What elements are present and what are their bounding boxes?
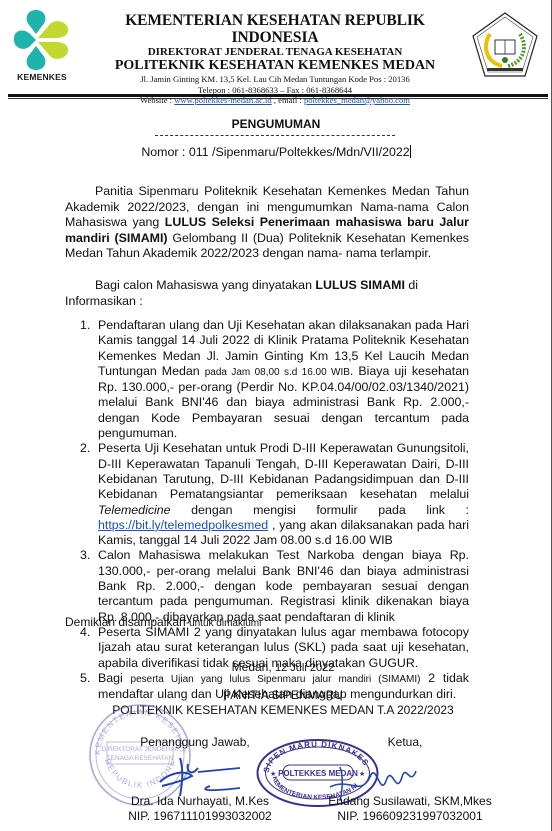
header-rule-thick <box>8 94 548 97</box>
item-text-small: pada Jam 08,00 s.d 16.00 WIB <box>205 367 350 378</box>
list-number: 2. <box>80 441 90 456</box>
address: Jl. Jamin Ginting KM. 13,5 Kel. Lau Cih … <box>80 74 470 85</box>
item-text: dengan mengisi formulir pada link : <box>171 503 469 517</box>
ministry-name: KEMENTERIAN KESEHATAN REPUBLIK INDONESIA <box>80 12 470 46</box>
poltekkes-logo <box>470 10 540 80</box>
poltekkes-emblem-icon <box>470 10 540 80</box>
announcement-list: 1.Pendaftaran ulang dan Uji Kesehatan ak… <box>80 318 469 702</box>
header-rule-thin <box>8 98 548 99</box>
signatory-left: Dra. Ida Nurhayati, M.Kes NIP. 196711101… <box>100 794 300 824</box>
kemenkes-logo: KEMENKES <box>12 8 72 80</box>
list-item: 2.Peserta Uji Kesehatan untuk Prodi D-II… <box>80 441 469 548</box>
telemedicine-link[interactable]: https://bit.ly/telemedpolkesmed <box>98 518 268 532</box>
document-title: PENGUMUMAN <box>0 117 552 131</box>
kemenkes-logo-label: KEMENKES <box>10 72 74 82</box>
letterhead-text: KEMENTERIAN KESEHATAN REPUBLIK INDONESIA… <box>80 12 470 106</box>
signatory-role-right: Ketua, <box>300 735 510 749</box>
place: Medan, <box>232 660 275 674</box>
signatory-name-right: Endang Susilawati, SKM,Mkes <box>300 794 520 809</box>
signatory-nip-right: NIP. 196609231997032001 <box>300 809 520 824</box>
item-text: Calon Mahasiswa melakukan Test Narkoba d… <box>98 548 469 623</box>
committee-heading: PANITIA SIPENMARU POLITEKNIK KESEHATAN K… <box>0 688 552 718</box>
document-number-text: Nomor : 011 /Sipenmaru/Poltekkes/Mdn/VII… <box>141 145 409 159</box>
letterhead: KEMENKES KEMENTERIAN KESEHATAN REPUBLIK … <box>0 0 552 100</box>
closing-text: Demikian disampaikan <box>65 615 189 629</box>
list-number: 3. <box>80 548 90 563</box>
intro-paragraph: Panitia Sipenmaru Politeknik Kesehatan K… <box>65 184 469 262</box>
info-text-1: Bagi calon Mahasiswa yang dinyatakan <box>95 278 315 292</box>
title-divider <box>155 135 395 137</box>
signatory-nip-left: NIP. 196711101993032002 <box>100 809 300 824</box>
svg-text:★: ★ <box>270 770 276 778</box>
signatory-right: Endang Susilawati, SKM,Mkes NIP. 1966092… <box>300 794 520 824</box>
item-text: Peserta Uji Kesehatan untuk Prodi D-III … <box>98 441 469 501</box>
list-item: 1.Pendaftaran ulang dan Uji Kesehatan ak… <box>80 318 469 441</box>
date: 12 Juli 2022 <box>275 662 334 674</box>
signatory-name-left: Dra. Ida Nurhayati, M.Kes <box>100 794 300 809</box>
item-text-italic: Telemedicine <box>98 503 171 517</box>
closing-text-small: untuk dimaklumi <box>189 618 261 629</box>
info-line: Bagi calon Mahasiswa yang dinyatakan LUL… <box>65 278 469 309</box>
document-number: Nomor : 011 /Sipenmaru/Poltekkes/Mdn/VII… <box>0 145 552 159</box>
list-number: 1. <box>80 318 90 333</box>
text-cursor <box>410 145 411 158</box>
list-item: 3.Calon Mahasiswa melakukan Test Narkoba… <box>80 548 469 624</box>
closing-line: Demikian disampaikan untuk dimaklumi <box>65 615 261 629</box>
place-date: Medan, 12 Juli 2022 <box>0 660 552 674</box>
signatory-role-left: Penanggung Jawab, <box>110 735 280 749</box>
item-text-small: peserta Ujian yang lulus Sipenmaru jalur… <box>131 674 421 685</box>
signature-left-icon <box>140 750 250 800</box>
info-bold: LULUS SIMAMI <box>315 278 404 292</box>
directorate-name: DIREKTORAT JENDERAL TENAGA KESEHATAN <box>80 46 470 58</box>
institution-name: POLITEKNIK KESEHATAN KEMENKES MEDAN <box>80 58 470 74</box>
kemenkes-logo-icon <box>12 8 72 72</box>
